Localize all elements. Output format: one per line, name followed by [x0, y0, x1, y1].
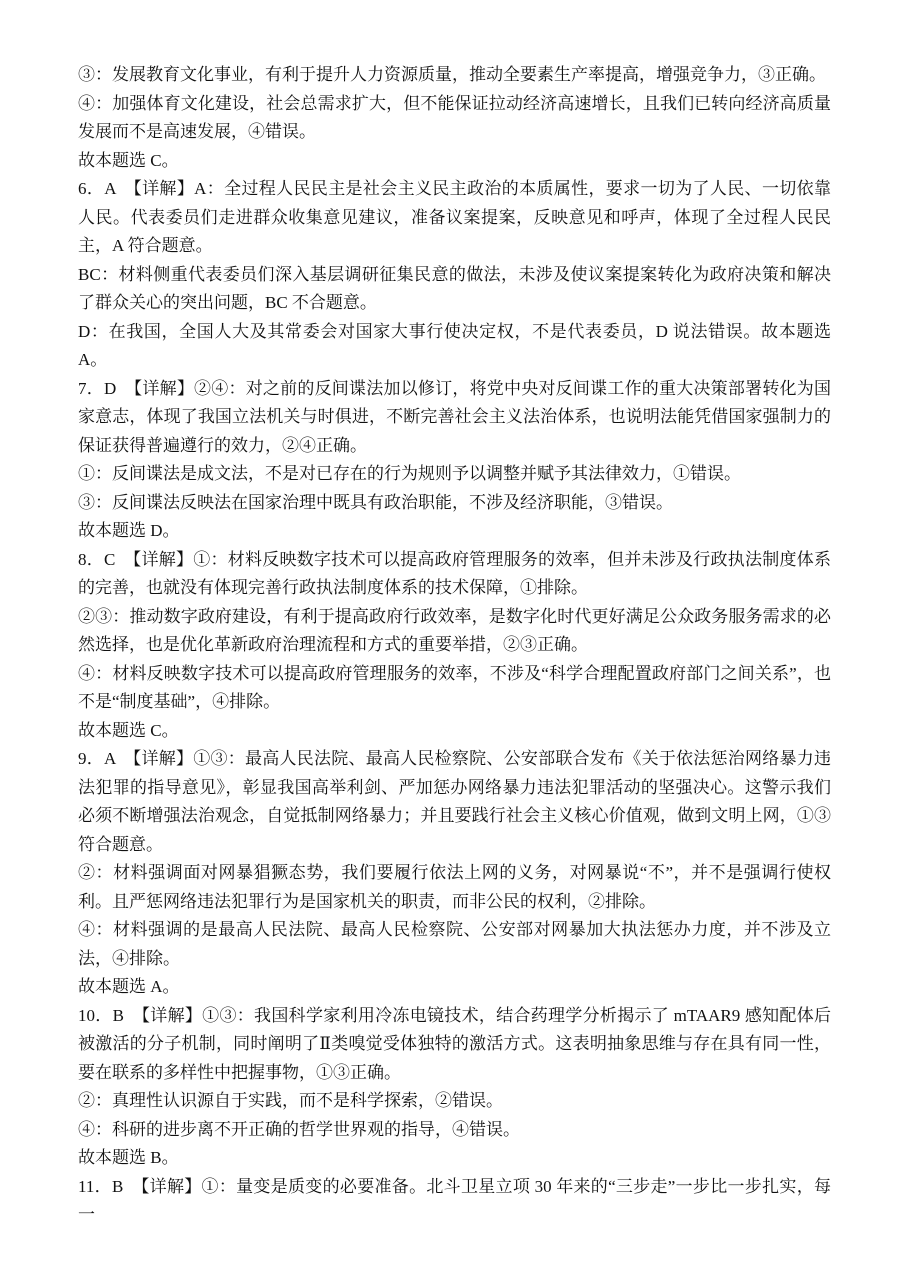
- paragraph: 6．A 【详解】A：全过程人民民主是社会主义民主政治的本质属性，要求一切为了人民…: [78, 175, 831, 261]
- document-page: ③：发展教育文化事业，有利于提升人力资源质量，推动全要素生产率提高，增强竞争力，…: [0, 0, 900, 1273]
- paragraph: BC：材料侧重代表委员们深入基层调研征集民意的做法，未涉及使议案提案转化为政府决…: [78, 261, 831, 318]
- paragraph: 故本题选 D。: [78, 517, 831, 546]
- paragraph: 11．B 【详解】①：量变是质变的必要准备。北斗卫星立项 30 年来的“三步走”…: [78, 1173, 831, 1230]
- paragraph: ②③：推动数字政府建设，有利于提高政府行政效率，是数字化时代更好满足公众政务服务…: [78, 603, 831, 660]
- paragraph: ④：加强体育文化建设，社会总需求扩大，但不能保证拉动经济高速增长，且我们已转向经…: [78, 90, 831, 147]
- paragraph: 8．C 【详解】①：材料反映数字技术可以提高政府管理服务的效率，但并未涉及行政执…: [78, 546, 831, 603]
- paragraph: ④：材料反映数字技术可以提高政府管理服务的效率，不涉及“科学合理配置政府部门之间…: [78, 660, 831, 717]
- document-content: ③：发展教育文化事业，有利于提升人力资源质量，推动全要素生产率提高，增强竞争力，…: [78, 61, 831, 1230]
- paragraph: 故本题选 B。: [78, 1144, 831, 1173]
- paragraph: 故本题选 A。: [78, 973, 831, 1002]
- paragraph: ③：发展教育文化事业，有利于提升人力资源质量，推动全要素生产率提高，增强竞争力，…: [78, 61, 831, 90]
- paragraph: ④：材料强调的是最高人民法院、最高人民检察院、公安部对网暴加大执法惩办力度，并不…: [78, 916, 831, 973]
- paragraph: 10．B 【详解】①③：我国科学家利用冷冻电镜技术，结合药理学分析揭示了 mTA…: [78, 1002, 831, 1088]
- paragraph: 7．D 【详解】②④：对之前的反间谍法加以修订，将党中央对反间谍工作的重大决策部…: [78, 375, 831, 461]
- paragraph: ③：反间谍法反映法在国家治理中既具有政治职能，不涉及经济职能，③错误。: [78, 489, 831, 518]
- paragraph: 故本题选 C。: [78, 717, 831, 746]
- paragraph: 9．A 【详解】①③：最高人民法院、最高人民检察院、公安部联合发布《关于依法惩治…: [78, 745, 831, 859]
- paragraph: D：在我国，全国人大及其常委会对国家大事行使决定权，不是代表委员，D 说法错误。…: [78, 318, 831, 375]
- paragraph: ②：真理性认识源自于实践，而不是科学探索，②错误。: [78, 1087, 831, 1116]
- paragraph: ④：科研的进步离不开正确的哲学世界观的指导，④错误。: [78, 1116, 831, 1145]
- paragraph: ②：材料强调面对网暴猖獗态势，我们要履行依法上网的义务，对网暴说“不”，并不是强…: [78, 859, 831, 916]
- paragraph: ①：反间谍法是成文法，不是对已存在的行为规则予以调整并赋予其法律效力，①错误。: [78, 460, 831, 489]
- paragraph: 故本题选 C。: [78, 147, 831, 176]
